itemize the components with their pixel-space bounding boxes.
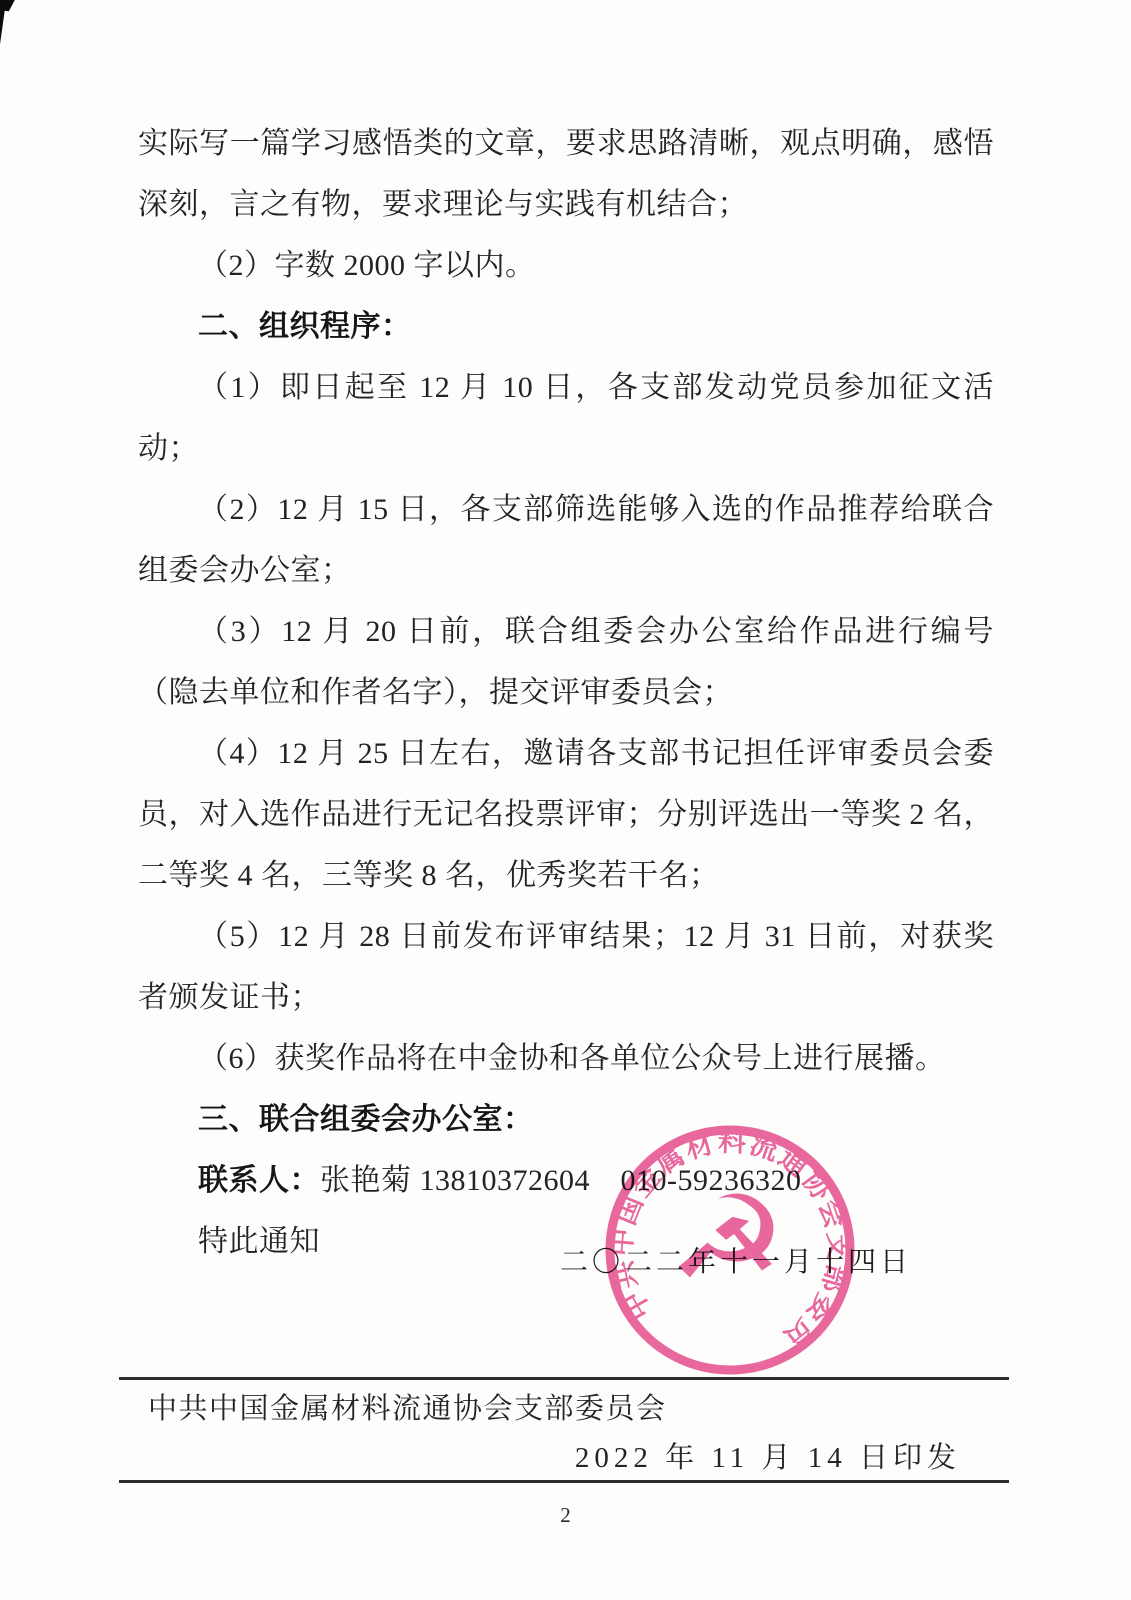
body-paragraph: （5）12 月 28 日前发布评审结果；12 月 31 日前，对获奖者颁发证书；	[138, 906, 994, 1028]
official-seal-stamp: 中共中国金属材料流通协会支部委员会 ☭	[572, 1092, 887, 1407]
body-paragraph: （3）12 月 20 日前，联合组委会办公室给作品进行编号（隐去单位和作者名字）…	[138, 601, 994, 723]
footer-print-date: 2022 年 11 月 14 日印发	[575, 1438, 961, 1478]
body-paragraph: （1）即日起至 12 月 10 日，各支部发动党员参加征文活动；	[138, 357, 994, 479]
document-body: 实际写一篇学习感悟类的文章，要求思路清晰，观点明确，感悟深刻，言之有物，要求理论…	[138, 113, 994, 1272]
section-heading-2: 二、组织程序：	[138, 296, 994, 357]
body-paragraph: （2）字数 2000 字以内。	[138, 235, 994, 296]
body-paragraph: （2）12 月 15 日，各支部筛选能够入选的作品推荐给联合组委会办公室；	[138, 479, 994, 601]
footer-rule-top	[119, 1377, 1009, 1380]
footer-rule-bottom	[119, 1480, 1009, 1483]
body-paragraph: （6）获奖作品将在中金协和各单位公众号上进行展播。	[138, 1028, 994, 1089]
contact-label: 联系人：	[198, 1164, 320, 1197]
footer-issuer: 中共中国金属材料流通协会支部委员会	[148, 1389, 667, 1429]
body-paragraph-continuation: 实际写一篇学习感悟类的文章，要求思路清晰，观点明确，感悟深刻，言之有物，要求理论…	[138, 113, 994, 235]
scan-artifact-corner	[0, 0, 7, 56]
body-paragraph: （4）12 月 25 日左右，邀请各支部书记担任评审委员会委员，对入选作品进行无…	[138, 723, 994, 906]
hammer-sickle-icon: ☭	[662, 1160, 798, 1322]
document-page: 实际写一篇学习感悟类的文章，要求思路清晰，观点明确，感悟深刻，言之有物，要求理论…	[0, 0, 1131, 1600]
page-number: 2	[0, 1502, 1131, 1528]
